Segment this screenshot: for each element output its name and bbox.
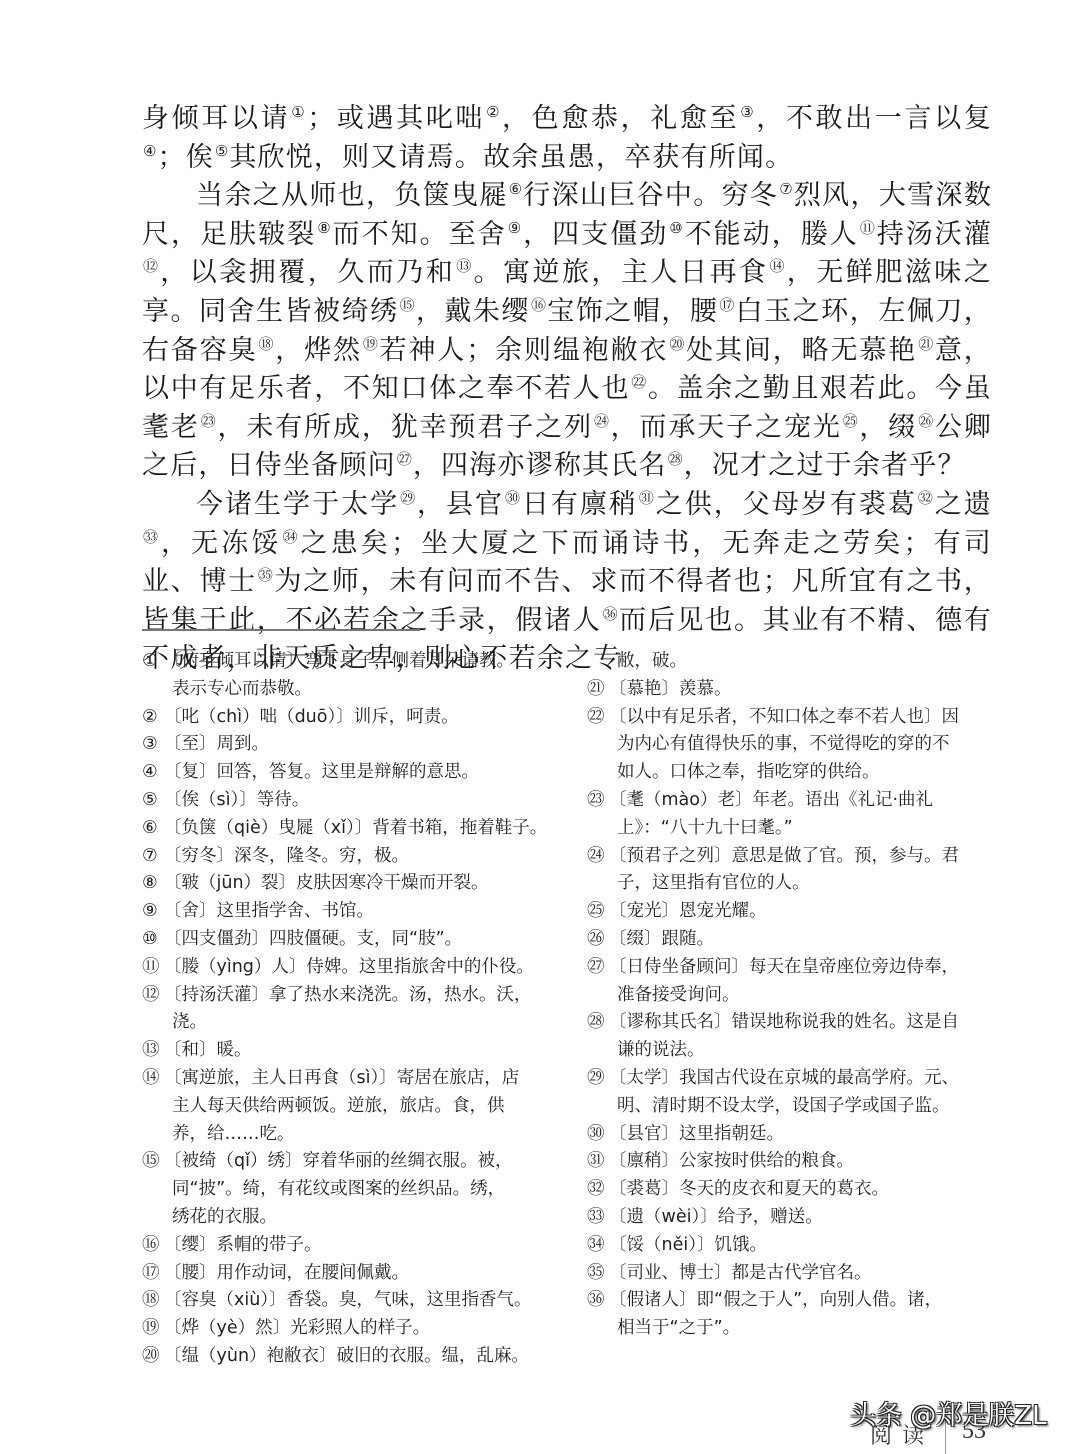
footnote-marker[interactable]: ⑤ <box>215 142 228 160</box>
footnote-item: ㉖〔缀〕跟随。 <box>587 926 997 954</box>
footnote-item: ㉒〔以中有足乐者，不知口体之奉不若人也〕因为内心有值得快乐的事，不觉得吃的穿的不… <box>587 704 997 787</box>
footnote-number: ㉘ <box>587 1009 609 1037</box>
footnote-item: ㉜〔裘葛〕冬天的皮衣和夏天的葛衣。 <box>587 1176 997 1204</box>
text-segment: 。寓逆旅，主人日再食 <box>474 257 769 288</box>
footnote-text: 〔四支僵劲〕四肢僵硬。支，同“肢”。 <box>164 929 462 949</box>
footnote-text: 〔谬称其氏名〕错误地称说我的姓名。这是自 <box>609 1012 959 1032</box>
main-passage: 身倾耳以请①；或遇其叱咄②，色愈恭，礼愈至③，不敢出一言以复④；俟⑤其欣悦，则又… <box>142 100 992 679</box>
footnote-number: ② <box>142 704 164 732</box>
footnote-number: ㊱ <box>587 1287 609 1315</box>
text-segment: 身倾耳以请 <box>142 103 290 134</box>
footnote-text: 〔司业、博士〕都是古代学官名。 <box>609 1263 872 1283</box>
footnote-text: 〔至〕周到。 <box>164 734 269 754</box>
footnote-item: ㉚〔县官〕这里指朝廷。 <box>587 1121 997 1149</box>
footnote-item: ⑨〔舍〕这里指学舍、书馆。 <box>142 898 554 926</box>
footnote-item: ⑲〔烨（yè）然〕光彩照人的样子。 <box>142 1315 554 1343</box>
footnote-item: ㉙〔太学〕我国古代设在京城的最高学府。元、明、清时期不设太学，设国子学或国子监。 <box>587 1065 997 1121</box>
footnote-marker[interactable]: ⑥ <box>509 180 523 198</box>
footnote-text: 〔叱（chì）咄（duō）〕训斥，呵责。 <box>164 707 459 727</box>
footnote-marker[interactable]: ⑯ <box>531 296 546 314</box>
footnote-item: ①〔俯身倾耳以请〕弯下身子，侧着耳朵请教。表示专心而恭敬。 <box>142 648 554 704</box>
footnote-marker[interactable]: ㉚ <box>505 489 521 507</box>
text-segment: 之供，父母岁有裘葛 <box>656 489 917 520</box>
footnote-marker[interactable]: ㉝ <box>143 528 160 546</box>
footnote-number: ㉖ <box>587 926 609 954</box>
footnote-marker[interactable]: ⑮ <box>400 296 415 314</box>
footnote-number: ㉛ <box>587 1148 609 1176</box>
footnote-item: ㉓〔耄（mào）老〕年老。语出《礼记·曲礼上》：“八十九十曰耄。” <box>587 787 997 843</box>
footnote-text: 表示专心而恭敬。 <box>172 679 312 699</box>
footnote-text: 〔容臭（xiù）〕香袋。臭，气味，这里指香气。 <box>164 1290 532 1310</box>
footnote-item: ⑫〔持汤沃灌〕拿了热水来浇洗。汤，热水。沃，浇。 <box>142 982 554 1038</box>
footnote-number: ⑦ <box>142 843 164 871</box>
footnote-number: ⑰ <box>142 1260 164 1288</box>
text-segment: ；或遇其叱咄 <box>307 103 485 134</box>
footnote-divider <box>142 629 420 631</box>
footnote-number: ㉚ <box>587 1121 609 1149</box>
footnote-number: ㉗ <box>587 954 609 982</box>
paragraph: 身倾耳以请①；或遇其叱咄②，色愈恭，礼愈至③，不敢出一言以复④；俟⑤其欣悦，则又… <box>142 100 992 177</box>
footnote-text: 〔日侍坐备顾问〕每天在皇帝座位旁边侍奉， <box>609 957 959 977</box>
footnote-item: ㉛〔廪稍〕公家按时供给的粮食。 <box>587 1148 997 1176</box>
footnote-text: 为内心有值得快乐的事，不觉得吃的穿的不 <box>617 734 950 754</box>
text-segment: 若神人；余则缊袍敝衣 <box>380 335 669 366</box>
footnote-number: ㉙ <box>587 1065 609 1093</box>
footnote-item: ⑩〔四支僵劲〕四肢僵硬。支，同“肢”。 <box>142 926 554 954</box>
footnote-marker[interactable]: ㉟ <box>258 566 274 584</box>
footnote-item: ⑳〔缊（yùn）袍敝衣〕破旧的衣服。缊，乱麻。 <box>142 1343 554 1371</box>
footnote-marker[interactable]: ⑬ <box>456 257 472 275</box>
footnote-text: 同“披”。绮，有花纹或图案的丝织品。绣， <box>172 1179 505 1199</box>
footnote-number: ⑳ <box>142 1343 164 1371</box>
text-segment: ；俟 <box>157 142 213 173</box>
footnote-text: 〔舍〕这里指学舍、书馆。 <box>164 901 374 921</box>
footnote-number: ⑩ <box>142 926 164 954</box>
footnote-marker[interactable]: ㉙ <box>400 489 416 507</box>
footnote-item: ②〔叱（chì）咄（duō）〕训斥，呵责。 <box>142 704 554 732</box>
footnote-text: 上》：“八十九十曰耄。” <box>617 818 793 838</box>
text-segment: 不能动，媵人 <box>685 219 859 250</box>
footnote-number: ㉝ <box>587 1204 609 1232</box>
footnote-item: ㉕〔宠光〕恩宠光耀。 <box>587 898 997 926</box>
footnote-marker[interactable]: ⑪ <box>860 219 876 237</box>
text-segment: 持汤沃灌 <box>877 219 992 250</box>
footnote-text: 〔馁（něi）〕饥饿。 <box>609 1235 767 1255</box>
footnote-number: ④ <box>142 759 164 787</box>
footnote-text: 〔皲（jūn）裂〕皮肤因寒冷干燥而开裂。 <box>164 873 489 893</box>
footnotes-right-column: 敝，破。 ㉑〔慕艳〕羡慕。㉒〔以中有足乐者，不知口体之奉不若人也〕因为内心有值得… <box>587 648 997 1343</box>
footnote-marker[interactable]: ㉔ <box>594 412 610 430</box>
footnote-number: ⑱ <box>142 1287 164 1315</box>
text-segment: ，不敢出一言以复 <box>756 103 992 134</box>
footnote-number: ㉒ <box>587 704 609 732</box>
text-segment: 宝饰之帽，腰 <box>547 296 718 327</box>
footnote-marker[interactable]: ⑰ <box>719 296 734 314</box>
footnote-text: 〔耄（mào）老〕年老。语出《礼记·曲礼 <box>609 790 933 810</box>
text-segment: ，烨然 <box>275 335 362 366</box>
text-segment: ，四支僵劲 <box>523 219 668 250</box>
footnote-text: 〔太学〕我国古代设在京城的最高学府。元、 <box>609 1068 959 1088</box>
footnote-text: 〔复〕回答，答复。这里是辩解的意思。 <box>164 762 479 782</box>
footnote-marker[interactable]: ⑳ <box>669 335 685 353</box>
footnote-marker[interactable]: ㉒ <box>631 373 647 391</box>
text-segment: 当余之从师也，负箧曳屣 <box>196 180 508 211</box>
footnote-text: 养，给……吃。 <box>172 1124 295 1144</box>
text-segment: ，而承天子之宠光 <box>611 412 842 443</box>
footnote-text: 〔预君子之列〕意思是做了官。预，参与。君 <box>609 846 959 866</box>
footnote-item: ④〔复〕回答，答复。这里是辩解的意思。 <box>142 759 554 787</box>
footnote-item: ㉗〔日侍坐备顾问〕每天在皇帝座位旁边侍奉，准备接受询问。 <box>587 954 997 1010</box>
footnote-text: 〔持汤沃灌〕拿了热水来浇洗。汤，热水。沃，浇。 <box>164 985 532 1033</box>
watermark: 头条 @郑是朕ZL <box>850 1395 1047 1432</box>
text-segment: 之遗 <box>935 489 992 520</box>
footnote-text: 〔媵（yìng）人〕侍婢。这里指旅舍中的仆役。 <box>164 957 534 977</box>
footnote-number: ㉞ <box>587 1232 609 1260</box>
footnote-text: 子，这里指有官位的人。 <box>617 873 810 893</box>
footnote-item: ㉟〔司业、博士〕都是古代学官名。 <box>587 1260 997 1288</box>
text-segment: ，县官 <box>417 489 504 520</box>
footnote-marker[interactable]: ⑭ <box>770 257 786 275</box>
footnote-text: 〔宠光〕恩宠光耀。 <box>609 901 767 921</box>
footnote-item: ⑤〔俟（sì）〕等待。 <box>142 787 554 815</box>
footnote-number: ㉑ <box>587 676 609 704</box>
text-segment: 而不知。至舍 <box>333 219 507 250</box>
footnote-text: 〔假诸人〕即“假之于人”，向别人借。诸， <box>609 1290 942 1310</box>
footnote-text: 准备接受询问。 <box>617 985 740 1005</box>
footnote-item: ⑱〔容臭（xiù）〕香袋。臭，气味，这里指香气。 <box>142 1287 554 1315</box>
footnote-number: ㉓ <box>587 787 609 815</box>
footnote-number: ⑯ <box>142 1232 164 1260</box>
text-segment: ，以衾拥覆，久而乃和 <box>160 257 455 288</box>
paragraph: 当余之从师也，负箧曳屣⑥行深山巨谷中。穷冬⑦烈风，大雪深数尺，足肤皲裂⑧而不知。… <box>142 177 992 486</box>
footnote-text: 〔寓逆旅，主人日再食（sì）〕寄居在旅店，店 <box>164 1068 519 1088</box>
footnote-text: 〔廪稍〕公家按时供给的粮食。 <box>609 1151 854 1171</box>
text-segment: ，无冻馁 <box>161 528 282 559</box>
footnote-text: 〔以中有足乐者，不知口体之奉不若人也〕因 <box>609 707 959 727</box>
footnote-marker[interactable]: ⑨ <box>508 219 522 237</box>
footnote-number: ⑮ <box>142 1148 164 1176</box>
footnote-text: 如人。口体之奉，指吃穿的供给。 <box>617 762 880 782</box>
footnote-item: ⑬〔和〕暖。 <box>142 1037 554 1065</box>
footnote-continuation: 敝，破。 <box>587 648 997 676</box>
footnote-number: ⑨ <box>142 898 164 926</box>
footnote-number: ㉕ <box>587 898 609 926</box>
footnote-number: ⑥ <box>142 815 164 843</box>
footnote-text: 〔俟（sì）〕等待。 <box>164 790 309 810</box>
text-segment: 今诸生学于太学 <box>196 489 399 520</box>
footnote-text: 〔遗（wèi）〕给予，赠送。 <box>609 1207 823 1227</box>
footnote-marker[interactable]: ㊱ <box>603 605 619 623</box>
footnote-text: 〔俯身倾耳以请〕弯下身子，侧着耳朵请教。 <box>164 651 514 671</box>
footnote-item: ⑮〔被绮（qǐ）绣〕穿着华丽的丝绸衣服。被，同“披”。绮，有花纹或图案的丝织品。… <box>142 1148 554 1231</box>
footnote-item: ㉑〔慕艳〕羡慕。 <box>587 676 997 704</box>
footnote-marker[interactable]: ㉘ <box>668 450 683 468</box>
footnote-marker[interactable]: ① <box>291 103 306 121</box>
footnote-text: 〔和〕暖。 <box>164 1040 252 1060</box>
footnote-number: ⑭ <box>142 1065 164 1093</box>
footnote-text: 〔缨〕系帽的带子。 <box>164 1235 322 1255</box>
text-segment: ，戴朱缨 <box>416 296 530 327</box>
text-segment: ，色愈恭，礼愈至 <box>502 103 739 134</box>
footnote-marker[interactable]: ㉗ <box>397 450 412 468</box>
footnote-text: 谦的说法。 <box>617 1040 705 1060</box>
footnote-marker[interactable]: ㉖ <box>918 412 934 430</box>
footnote-marker[interactable]: ㉛ <box>639 489 655 507</box>
text-segment: 日有廪稍 <box>522 489 638 520</box>
footnote-text: 〔负箧（qiè）曳屣（xǐ）〕背着书箱，拖着鞋子。 <box>164 818 547 838</box>
footnote-item: ⑭〔寓逆旅，主人日再食（sì）〕寄居在旅店，店主人每天供给两顿饭。逆旅，旅店。食… <box>142 1065 554 1148</box>
footnote-text: 〔县官〕这里指朝廷。 <box>609 1124 784 1144</box>
footnote-marker[interactable]: ⑲ <box>363 335 379 353</box>
footnote-item: ㉘〔谬称其氏名〕错误地称说我的姓名。这是自谦的说法。 <box>587 1009 997 1065</box>
footnote-number: ⑪ <box>142 954 164 982</box>
footnote-item: ㉝〔遗（wèi）〕给予，赠送。 <box>587 1204 997 1232</box>
footnote-text: 〔穷冬〕深冬，隆冬。穷，极。 <box>164 846 409 866</box>
footnote-item: ⑥〔负箧（qiè）曳屣（xǐ）〕背着书箱，拖着鞋子。 <box>142 815 554 843</box>
footnote-number: ① <box>142 648 164 676</box>
footnote-marker[interactable]: ㉞ <box>283 528 300 546</box>
footnote-item: ⑧〔皲（jūn）裂〕皮肤因寒冷干燥而开裂。 <box>142 870 554 898</box>
footnote-number: ⑫ <box>142 982 164 1010</box>
footnote-marker[interactable]: ⑱ <box>259 335 275 353</box>
footnote-item: ③〔至〕周到。 <box>142 731 554 759</box>
footnote-marker[interactable]: ⑩ <box>669 219 683 237</box>
text-segment: ，未有所成，犹幸预君子之列 <box>217 412 592 443</box>
footnote-marker[interactable]: ④ <box>143 142 156 160</box>
footnote-item: ㉞〔馁（něi）〕饥饿。 <box>587 1232 997 1260</box>
footnote-marker[interactable]: ㉕ <box>843 412 859 430</box>
footnote-item: ㉔〔预君子之列〕意思是做了官。预，参与。君子，这里指有官位的人。 <box>587 843 997 899</box>
text-segment: ，缀 <box>859 412 917 443</box>
footnote-number: ⑲ <box>142 1315 164 1343</box>
text-segment: ，四海亦谬称其氏名 <box>413 450 667 481</box>
text-segment: ，况才之过于余者乎？ <box>684 450 966 481</box>
footnote-number: ⑤ <box>142 787 164 815</box>
footnote-marker[interactable]: ㉜ <box>918 489 934 507</box>
footnote-number: ⑬ <box>142 1037 164 1065</box>
text-segment: 其欣悦，则又请焉。故余虽愚，卒获有所闻。 <box>229 142 793 173</box>
footnote-text: 〔慕艳〕羡慕。 <box>609 679 732 699</box>
footnote-number: ㉟ <box>587 1260 609 1288</box>
text-segment: 行深山巨谷中。穷冬 <box>523 180 778 211</box>
footnote-marker[interactable]: ⑦ <box>779 180 793 198</box>
text-segment: 处其间，略无慕艳 <box>686 335 917 366</box>
footnote-text: 明、清时期不设太学，设国子学或国子监。 <box>617 1096 950 1116</box>
footnote-text: 主人每天供给两顿饭。逆旅，旅店。食，供 <box>172 1096 505 1116</box>
footnote-text: 相当于“之于”。 <box>617 1318 740 1338</box>
footnote-text: 〔缀〕跟随。 <box>609 929 714 949</box>
footnote-item: ⑪〔媵（yìng）人〕侍婢。这里指旅舍中的仆役。 <box>142 954 554 982</box>
footnote-item: ⑰〔腰〕用作动词，在腰间佩戴。 <box>142 1260 554 1288</box>
footnote-marker[interactable]: ㉑ <box>918 335 934 353</box>
footnote-number: ③ <box>142 731 164 759</box>
footnote-marker[interactable]: ㉓ <box>201 412 217 430</box>
footnote-text: 〔被绮（qǐ）绣〕穿着华丽的丝绸衣服。被， <box>164 1151 512 1171</box>
footnote-marker[interactable]: ⑫ <box>143 257 159 275</box>
footnote-number: ⑧ <box>142 870 164 898</box>
footnotes-left-column: ①〔俯身倾耳以请〕弯下身子，侧着耳朵请教。表示专心而恭敬。②〔叱（chì）咄（d… <box>142 648 554 1371</box>
footnote-number: ㉔ <box>587 843 609 871</box>
footnote-text: 绣花的衣服。 <box>172 1207 277 1227</box>
footnote-item: ㊱〔假诸人〕即“假之于人”，向别人借。诸，相当于“之于”。 <box>587 1287 997 1343</box>
footnote-marker[interactable]: ③ <box>740 103 755 121</box>
footnote-text: 〔腰〕用作动词，在腰间佩戴。 <box>164 1263 409 1283</box>
footnote-marker[interactable]: ⑧ <box>317 219 331 237</box>
footnote-text: 〔缊（yùn）袍敝衣〕破旧的衣服。缊，乱麻。 <box>164 1346 529 1366</box>
footnote-item: ⑯〔缨〕系帽的带子。 <box>142 1232 554 1260</box>
footnote-marker[interactable]: ② <box>486 103 501 121</box>
footnote-number: ㉜ <box>587 1176 609 1204</box>
footnote-item: ⑦〔穷冬〕深冬，隆冬。穷，极。 <box>142 843 554 871</box>
footnote-text: 〔烨（yè）然〕光彩照人的样子。 <box>164 1318 430 1338</box>
footnote-text: 〔裘葛〕冬天的皮衣和夏天的葛衣。 <box>609 1179 889 1199</box>
